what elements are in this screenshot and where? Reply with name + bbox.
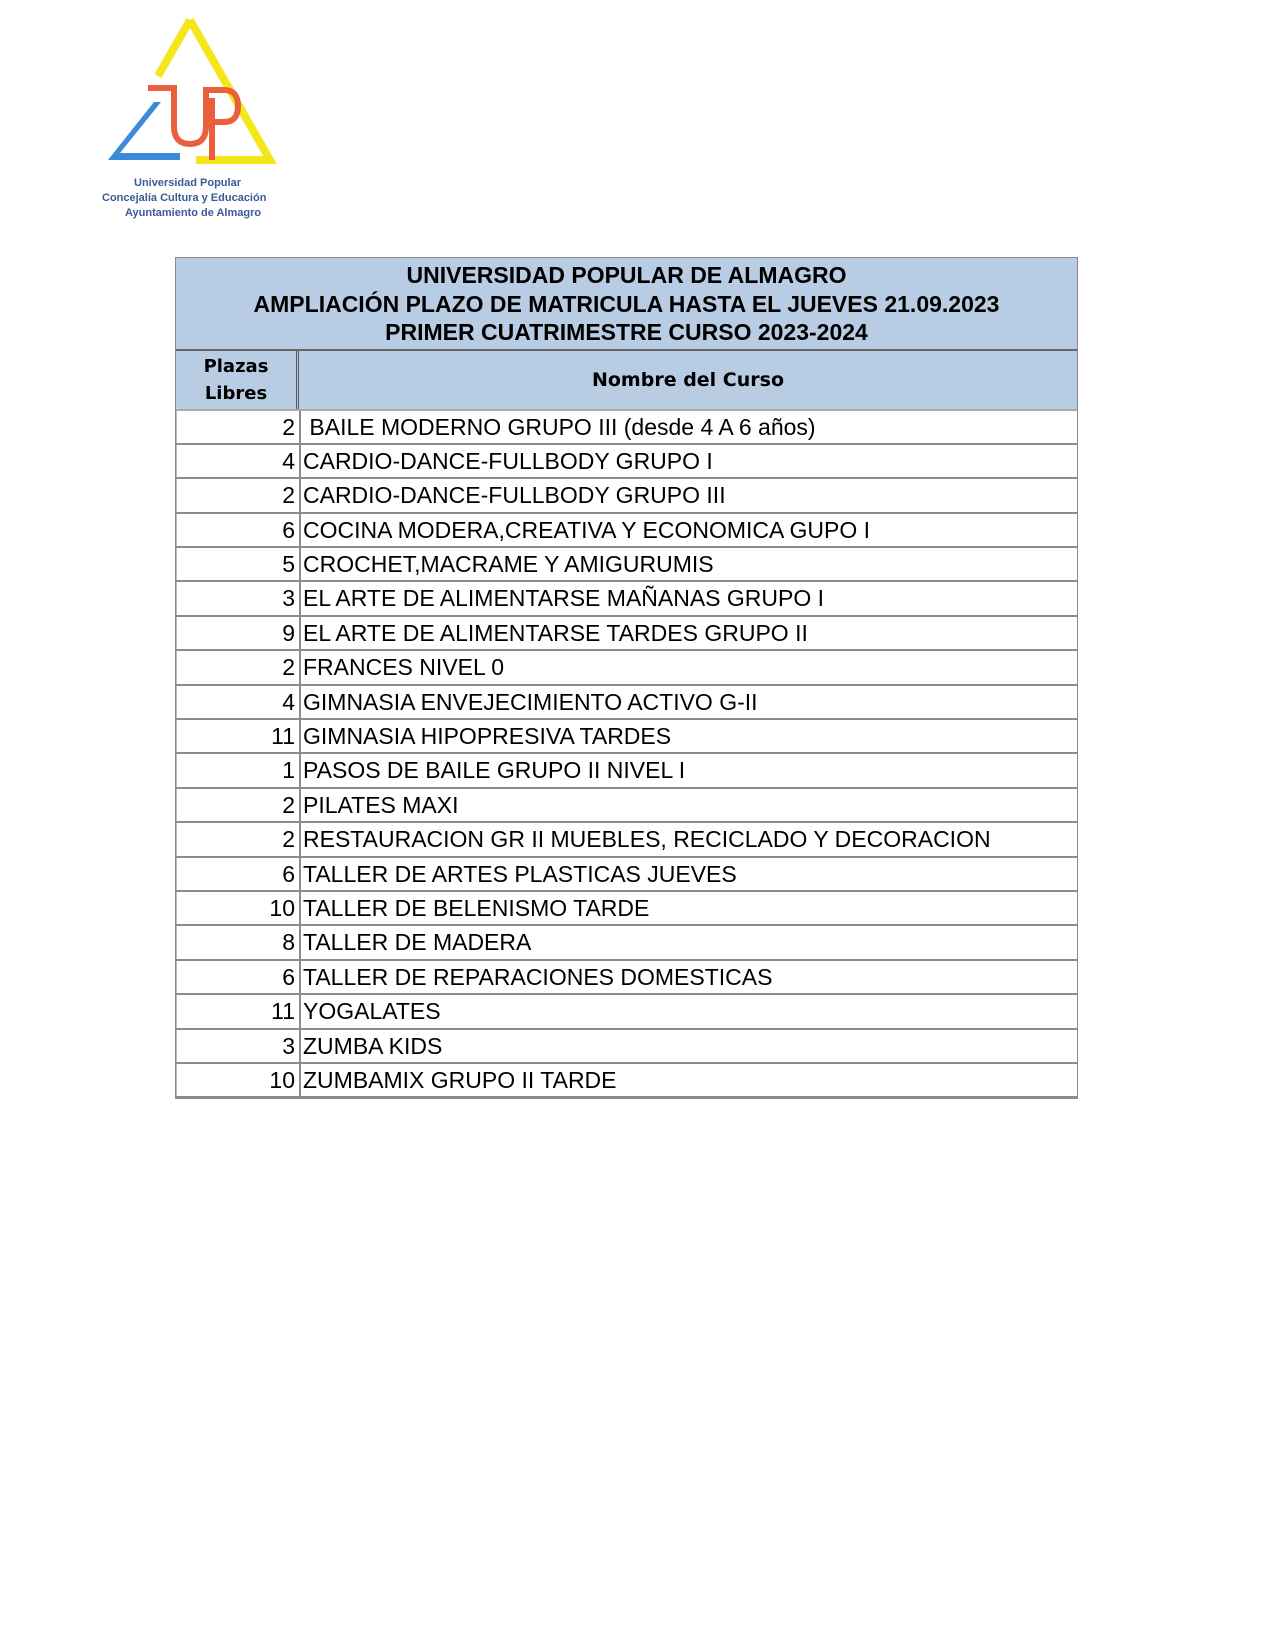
table-row: 8TALLER DE MADERA	[176, 926, 1077, 960]
table-header: Plazas Libres Nombre del Curso	[176, 351, 1077, 411]
plazas-label-1: Plazas	[204, 353, 269, 380]
table-row: 10TALLER DE BELENISMO TARDE	[176, 892, 1077, 926]
curso-cell: CARDIO-DANCE-FULLBODY GRUPO I	[301, 445, 1077, 477]
courses-table: UNIVERSIDAD POPULAR DE ALMAGRO AMPLIACIÓ…	[175, 257, 1078, 1099]
plazas-cell: 11	[176, 720, 301, 752]
plazas-label-2: Libres	[205, 380, 267, 407]
table-row: 11GIMNASIA HIPOPRESIVA TARDES	[176, 720, 1077, 754]
curso-cell: TALLER DE ARTES PLASTICAS JUEVES	[301, 858, 1077, 890]
table-row: 4CARDIO-DANCE-FULLBODY GRUPO I	[176, 445, 1077, 479]
logo-caption: Universidad Popular Concejalía Cultura y…	[98, 176, 288, 221]
plazas-cell: 3	[176, 582, 301, 614]
plazas-cell: 6	[176, 858, 301, 890]
curso-cell: YOGALATES	[301, 995, 1077, 1027]
plazas-cell: 4	[176, 686, 301, 718]
plazas-cell: 2	[176, 789, 301, 821]
plazas-cell: 10	[176, 892, 301, 924]
curso-cell: GIMNASIA ENVEJECIMIENTO ACTIVO G-II	[301, 686, 1077, 718]
curso-cell: ZUMBAMIX GRUPO II TARDE	[301, 1064, 1077, 1096]
curso-cell: PILATES MAXI	[301, 789, 1077, 821]
column-header-nombre: Nombre del Curso	[299, 351, 1077, 409]
table-row: 4GIMNASIA ENVEJECIMIENTO ACTIVO G-II	[176, 686, 1077, 720]
table-row: 6TALLER DE ARTES PLASTICAS JUEVES	[176, 858, 1077, 892]
curso-cell: PASOS DE BAILE GRUPO II NIVEL I	[301, 754, 1077, 786]
plazas-cell: 8	[176, 926, 301, 958]
logo: Universidad Popular Concejalía Cultura y…	[98, 14, 288, 224]
curso-cell: CARDIO-DANCE-FULLBODY GRUPO III	[301, 479, 1077, 511]
table-row: 3ZUMBA KIDS	[176, 1030, 1077, 1064]
table-row: 6COCINA MODERA,CREATIVA Y ECONOMICA GUPO…	[176, 514, 1077, 548]
plazas-cell: 6	[176, 514, 301, 546]
table-row: 5CROCHET,MACRAME Y AMIGURUMIS	[176, 548, 1077, 582]
curso-cell: ZUMBA KIDS	[301, 1030, 1077, 1062]
curso-cell: CROCHET,MACRAME Y AMIGURUMIS	[301, 548, 1077, 580]
plazas-cell: 2	[176, 411, 301, 443]
table-row: 1PASOS DE BAILE GRUPO II NIVEL I	[176, 754, 1077, 788]
plazas-cell: 5	[176, 548, 301, 580]
table-row: 2 BAILE MODERNO GRUPO III (desde 4 A 6 a…	[176, 411, 1077, 445]
title-line-3: PRIMER CUATRIMESTRE CURSO 2023-2024	[176, 318, 1077, 347]
table-title: UNIVERSIDAD POPULAR DE ALMAGRO AMPLIACIÓ…	[176, 258, 1077, 351]
table-row: 2PILATES MAXI	[176, 789, 1077, 823]
title-line-2: AMPLIACIÓN PLAZO DE MATRICULA HASTA EL J…	[176, 290, 1077, 319]
column-header-plazas: Plazas Libres	[176, 351, 299, 409]
plazas-cell: 9	[176, 617, 301, 649]
plazas-cell: 10	[176, 1064, 301, 1096]
plazas-cell: 2	[176, 479, 301, 511]
table-row: 6TALLER DE REPARACIONES DOMESTICAS	[176, 961, 1077, 995]
curso-cell: TALLER DE BELENISMO TARDE	[301, 892, 1077, 924]
table-row: 2FRANCES NIVEL 0	[176, 651, 1077, 685]
table-row: 2RESTAURACION GR II MUEBLES, RECICLADO Y…	[176, 823, 1077, 857]
table-row: 11YOGALATES	[176, 995, 1077, 1029]
curso-cell: GIMNASIA HIPOPRESIVA TARDES	[301, 720, 1077, 752]
plazas-cell: 2	[176, 823, 301, 855]
plazas-cell: 11	[176, 995, 301, 1027]
plazas-cell: 4	[176, 445, 301, 477]
logo-line-1: Universidad Popular	[98, 176, 288, 191]
curso-cell: BAILE MODERNO GRUPO III (desde 4 A 6 año…	[301, 411, 1077, 443]
logo-line-2: Concejalía Cultura y Educación	[98, 191, 288, 206]
curso-cell: FRANCES NIVEL 0	[301, 651, 1077, 683]
table-row: 9EL ARTE DE ALIMENTARSE TARDES GRUPO II	[176, 617, 1077, 651]
table-row: 10ZUMBAMIX GRUPO II TARDE	[176, 1064, 1077, 1098]
curso-cell: TALLER DE MADERA	[301, 926, 1077, 958]
logo-line-3: Ayuntamiento de Almagro	[98, 206, 288, 221]
curso-cell: COCINA MODERA,CREATIVA Y ECONOMICA GUPO …	[301, 514, 1077, 546]
curso-cell: EL ARTE DE ALIMENTARSE TARDES GRUPO II	[301, 617, 1077, 649]
curso-cell: TALLER DE REPARACIONES DOMESTICAS	[301, 961, 1077, 993]
title-line-1: UNIVERSIDAD POPULAR DE ALMAGRO	[176, 261, 1077, 290]
plazas-cell: 6	[176, 961, 301, 993]
curso-cell: EL ARTE DE ALIMENTARSE MAÑANAS GRUPO I	[301, 582, 1077, 614]
table-row: 3EL ARTE DE ALIMENTARSE MAÑANAS GRUPO I	[176, 582, 1077, 616]
plazas-cell: 2	[176, 651, 301, 683]
up-triangle-logo-icon	[98, 14, 288, 174]
curso-cell: RESTAURACION GR II MUEBLES, RECICLADO Y …	[301, 823, 1077, 855]
table-row: 2CARDIO-DANCE-FULLBODY GRUPO III	[176, 479, 1077, 513]
plazas-cell: 3	[176, 1030, 301, 1062]
table-body: 2 BAILE MODERNO GRUPO III (desde 4 A 6 a…	[176, 411, 1077, 1099]
plazas-cell: 1	[176, 754, 301, 786]
